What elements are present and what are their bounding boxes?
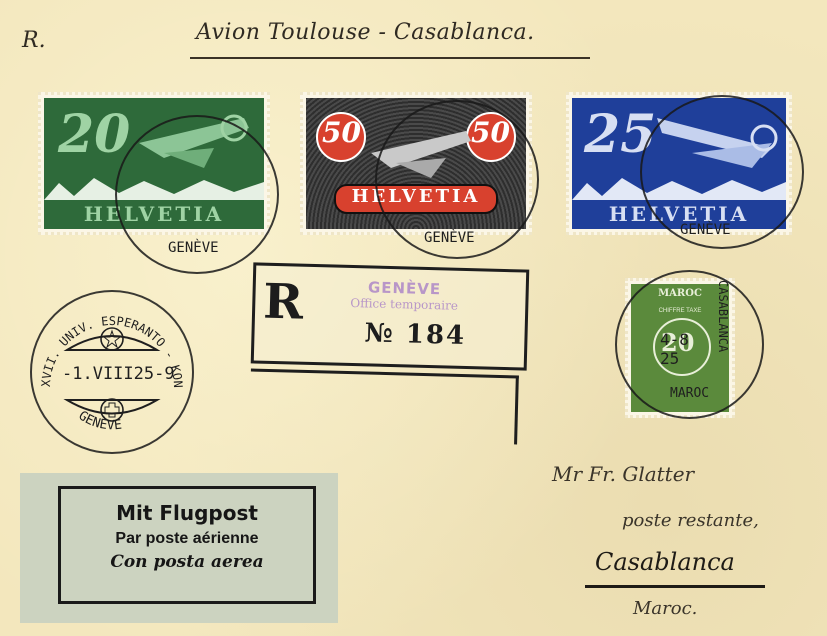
registration-letter: R [263,274,304,331]
cancel-city-2: GENÈVE [424,230,475,246]
airmail-line-french: Par poste aérienne [61,530,313,548]
cancel-city-3: GENÈVE [680,222,731,238]
address-city-underline [585,585,765,588]
route-annotation: Avion Toulouse - Casablanca. [196,20,535,45]
cancel-date: -1.VIII25-9 [62,364,175,384]
address-recipient: Mr Fr. Glatter [552,462,694,486]
airmail-line-italian: Con posta aerea [61,552,313,572]
airmail-label-box: Mit Flugpost Par poste aérienne Con post… [58,486,316,604]
registration-handwritten-mark: R. [22,28,46,53]
registration-number: № 184 [364,318,466,351]
address-city: Casablanca [595,548,735,576]
cancel-city-1: GENÈVE [168,240,219,256]
casablanca-country: MAROC [670,386,709,401]
office-temporaire-stamp: GENÈVE Office temporaire [350,280,458,314]
airmail-line-german: Mit Flugpost [61,501,313,525]
registration-label-remnant [249,369,519,445]
stamp-value: 50 [322,116,361,149]
address-poste-restante: poste restante, [622,510,759,531]
address-country: Maroc. [633,598,697,619]
casablanca-date: 4-8 25 [660,330,710,368]
route-underline [190,57,590,59]
registration-label: R GENÈVE Office temporaire № 184 [251,262,530,370]
envelope: R. Avion Toulouse - Casablanca. 20 HELVE… [0,0,827,636]
stamp-value: 20 [58,104,130,165]
airmail-label: Mit Flugpost Par poste aérienne Con post… [20,473,338,623]
geneva-esperanto-cancel: XVII. UNIV. ESPERANTO - KONGRESO GENÈVE … [30,290,194,454]
casablanca-city: CASABLANCA [716,280,730,352]
